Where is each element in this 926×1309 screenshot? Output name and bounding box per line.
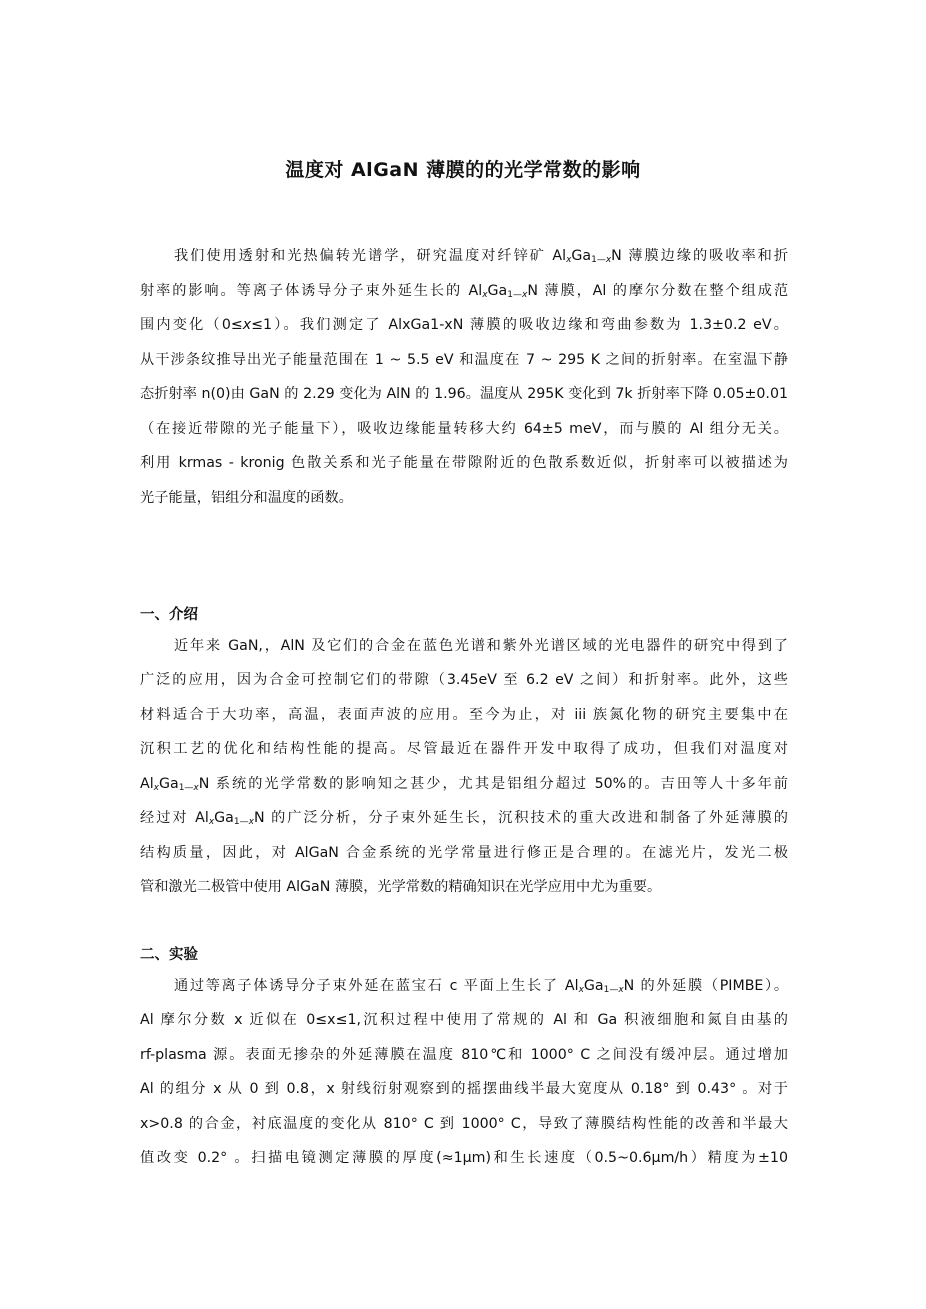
- paragraph-line: 近年来 GaN,，AlN 及它们的合金在蓝色光谱和紫外光谱区域的光电器件的研究中…: [174, 636, 788, 656]
- paragraph-line: AlxGa1—xN 系统的光学常数的影响知之甚少，尤其是铝组分超过 50%的。吉…: [140, 774, 788, 794]
- paragraph-line: 材料适合于大功率，高温，表面声波的应用。至今为止，对 iii 族氮化物的研究主要…: [140, 705, 788, 725]
- paragraph-line: x>0.8 的合金，衬底温度的变化从 810° C 到 1000° C，导致了薄…: [140, 1114, 788, 1134]
- abstract-line: 从干涉条纹推导出光子能量范围在 1 ~ 5.5 eV 和温度在 7 ~ 295 …: [140, 350, 788, 370]
- section-heading: 二、实验: [140, 943, 198, 964]
- paragraph-line: rf-plasma 源。表面无掺杂的外延薄膜在温度 810℃和 1000° C …: [140, 1045, 788, 1065]
- paragraph-line: 结构质量，因此，对 AlGaN 合金系统的光学常量进行修正是合理的。在滤光片，发…: [140, 843, 788, 863]
- paragraph-line: 值改变 0.2° 。扫描电镜测定薄膜的厚度(≈1μm)和生长速度（0.5~0.6…: [140, 1148, 788, 1168]
- abstract-line: 围内变化（0≤x≤1）。我们测定了 AlxGa1-xN 薄膜的吸收边缘和弯曲参数…: [140, 315, 788, 335]
- paragraph-line: 沉积工艺的优化和结构性能的提高。尽管最近在器件开发中取得了成功，但我们对温度对: [140, 739, 788, 759]
- paragraph-line: 经过对 AlxGa1—xN 的广泛分析，分子束外延生长，沉积技术的重大改进和制备…: [140, 808, 788, 828]
- abstract-line: 射率的影响。等离子体诱导分子束外延生长的 AlxGa1—xN 薄膜，Al 的摩尔…: [140, 281, 788, 301]
- abstract-line: 我们使用透射和光热偏转光谱学，研究温度对纤锌矿 AlxGa1—xN 薄膜边缘的吸…: [174, 246, 788, 266]
- paragraph-line: 广泛的应用，因为合金可控制它们的带隙（3.45eV 至 6.2 eV 之间）和折…: [140, 670, 788, 690]
- paragraph-line: Al 摩尔分数 x 近似在 0≤x≤1,沉积过程中使用了常规的 Al 和 Ga …: [140, 1010, 788, 1030]
- paragraph-line: 通过等离子体诱导分子束外延在蓝宝石 c 平面上生长了 AlxGa1—xN 的外延…: [174, 976, 788, 996]
- paragraph-line: 管和激光二极管中使用 AlGaN 薄膜，光学常数的精确知识在光学应用中尤为重要。: [140, 877, 788, 897]
- paragraph-line: Al 的组分 x 从 0 到 0.8，x 射线衍射观察到的摇摆曲线半最大宽度从 …: [140, 1079, 788, 1099]
- abstract-line: 利用 krmas - kronig 色散关系和光子能量在带隙附近的色散系数近似，…: [140, 453, 788, 473]
- abstract-line: （在接近带隙的光子能量下），吸收边缘能量转移大约 64±5 meV，而与膜的 A…: [140, 419, 788, 439]
- abstract-line: 光子能量，铝组分和温度的函数。: [140, 488, 788, 508]
- document-title: 温度对 AlGaN 薄膜的的光学常数的影响: [0, 155, 926, 182]
- document-page: 温度对 AlGaN 薄膜的的光学常数的影响 我们使用透射和光热偏转光谱学，研究温…: [0, 0, 926, 1309]
- section-heading: 一、介绍: [140, 603, 198, 624]
- abstract-line: 态折射率 n(0)由 GaN 的 2.29 变化为 AlN 的 1.96。温度从…: [140, 384, 788, 404]
